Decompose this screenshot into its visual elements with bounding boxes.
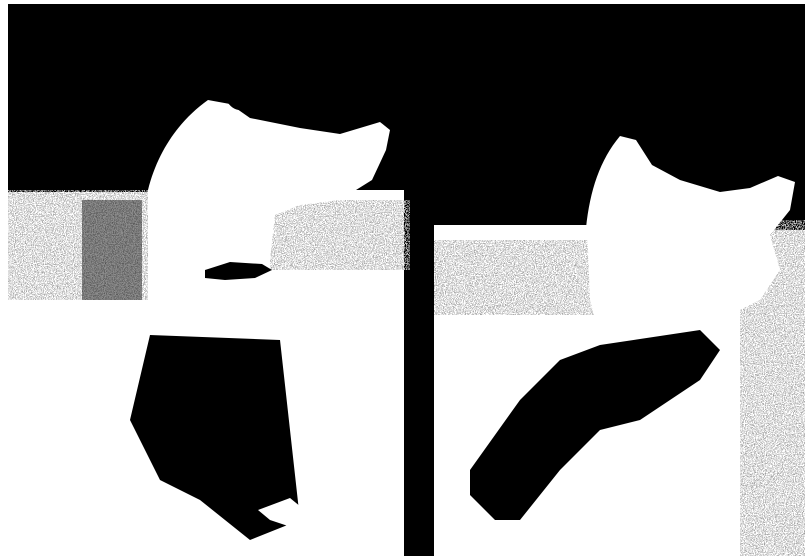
photo-canvas bbox=[0, 0, 808, 560]
shoe bbox=[8, 476, 32, 496]
photograph bbox=[0, 0, 808, 560]
bottom-border bbox=[0, 556, 808, 560]
shoe bbox=[63, 477, 87, 489]
left-border bbox=[0, 0, 8, 560]
